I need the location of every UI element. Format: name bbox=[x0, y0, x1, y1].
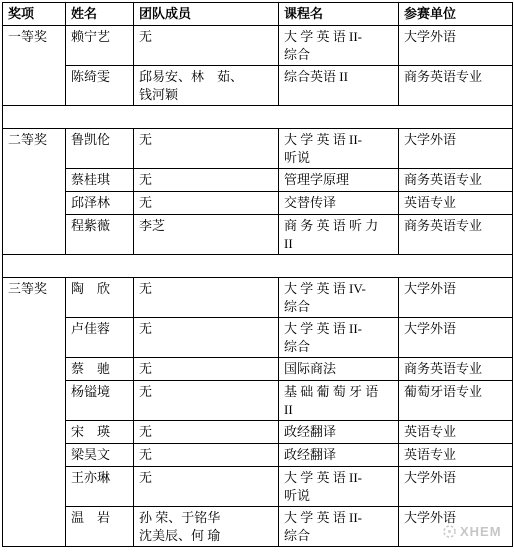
table-row: 陈绮雯 邱易安、林 茹、 钱河颖 综合英语 II 商务英语专业 bbox=[3, 66, 513, 106]
team-cell: 无 bbox=[134, 278, 279, 318]
header-cell-team: 团队成员 bbox=[134, 3, 279, 26]
course-cell: 大 学 英 语 IV- 综合 bbox=[279, 278, 399, 318]
award-cell-third: 三等奖 bbox=[3, 278, 66, 547]
course-cell: 政经翻译 bbox=[279, 444, 399, 467]
course-cell: 大 学 英 语 II- 综合 bbox=[279, 26, 399, 66]
name-cell: 温 岩 bbox=[66, 507, 134, 547]
name-cell: 程紫薇 bbox=[66, 215, 134, 255]
table-row: 卢佳蓉 无 大 学 英 语 II- 综合 大学外语 bbox=[3, 318, 513, 358]
team-cell: 无 bbox=[134, 467, 279, 507]
name-cell: 邱泽林 bbox=[66, 192, 134, 215]
unit-cell: 葡萄牙语专业 bbox=[399, 381, 513, 421]
separator-row bbox=[3, 255, 513, 278]
awards-table: 奖项 姓名 团队成员 课程名 参赛单位 一等奖 赖宁艺 无 大 学 英 语 II… bbox=[2, 2, 513, 547]
course-cell: 政经翻译 bbox=[279, 421, 399, 444]
unit-cell: 大学外语 bbox=[399, 26, 513, 66]
separator-row bbox=[3, 106, 513, 129]
course-cell: 商 务 英 语 听 力 II bbox=[279, 215, 399, 255]
unit-cell: 商务英语专业 bbox=[399, 215, 513, 255]
course-cell: 综合英语 II bbox=[279, 66, 399, 106]
team-cell: 孙 荣、于铭华 沈美辰、何 瑜 bbox=[134, 507, 279, 547]
table-row: 三等奖 陶 欣 无 大 学 英 语 IV- 综合 大学外语 bbox=[3, 278, 513, 318]
team-cell: 无 bbox=[134, 129, 279, 169]
table-row: 温 岩 孙 荣、于铭华 沈美辰、何 瑜 大 学 英 语 II- 综合 大学外语 bbox=[3, 507, 513, 547]
header-cell-course: 课程名 bbox=[279, 3, 399, 26]
team-cell: 无 bbox=[134, 358, 279, 381]
team-cell: 无 bbox=[134, 26, 279, 66]
unit-cell: 大学外语 bbox=[399, 318, 513, 358]
team-cell: 邱易安、林 茹、 钱河颖 bbox=[134, 66, 279, 106]
table-row: 宋 瑛 无 政经翻译 英语专业 bbox=[3, 421, 513, 444]
course-cell: 国际商法 bbox=[279, 358, 399, 381]
table-row: 程紫薇 李芝 商 务 英 语 听 力 II 商务英语专业 bbox=[3, 215, 513, 255]
course-cell: 大 学 英 语 II- 听说 bbox=[279, 467, 399, 507]
name-cell: 杨镒境 bbox=[66, 381, 134, 421]
unit-cell: 商务英语专业 bbox=[399, 358, 513, 381]
course-cell: 交替传译 bbox=[279, 192, 399, 215]
award-cell-first: 一等奖 bbox=[3, 26, 66, 106]
name-cell: 宋 瑛 bbox=[66, 421, 134, 444]
unit-cell: 英语专业 bbox=[399, 192, 513, 215]
table-row: 王亦琳 无 大 学 英 语 II- 听说 大学外语 bbox=[3, 467, 513, 507]
watermark: XHEM bbox=[442, 524, 502, 539]
table-row: 梁昊文 无 政经翻译 英语专业 bbox=[3, 444, 513, 467]
name-cell: 陈绮雯 bbox=[66, 66, 134, 106]
team-cell: 无 bbox=[134, 381, 279, 421]
course-cell: 管理学原理 bbox=[279, 169, 399, 192]
award-cell-second: 二等奖 bbox=[3, 129, 66, 255]
header-row: 奖项 姓名 团队成员 课程名 参赛单位 bbox=[3, 3, 513, 26]
team-cell: 无 bbox=[134, 421, 279, 444]
table-row: 蔡桂琪 无 管理学原理 商务英语专业 bbox=[3, 169, 513, 192]
unit-cell: 大学外语 bbox=[399, 129, 513, 169]
table-row: 杨镒境 无 基 础 葡 萄 牙 语 II 葡萄牙语专业 bbox=[3, 381, 513, 421]
course-cell: 基 础 葡 萄 牙 语 II bbox=[279, 381, 399, 421]
name-cell: 梁昊文 bbox=[66, 444, 134, 467]
team-cell: 无 bbox=[134, 318, 279, 358]
separator-cell bbox=[3, 106, 513, 129]
separator-cell bbox=[3, 255, 513, 278]
name-cell: 陶 欣 bbox=[66, 278, 134, 318]
page: 奖项 姓名 团队成员 课程名 参赛单位 一等奖 赖宁艺 无 大 学 英 语 II… bbox=[0, 0, 514, 553]
header-cell-award: 奖项 bbox=[3, 3, 66, 26]
course-cell: 大 学 英 语 II- 综合 bbox=[279, 318, 399, 358]
flower-logo-icon bbox=[442, 524, 457, 539]
course-cell: 大 学 英 语 II- 听说 bbox=[279, 129, 399, 169]
table-row: 邱泽林 无 交替传译 英语专业 bbox=[3, 192, 513, 215]
unit-cell: 大学外语 bbox=[399, 467, 513, 507]
unit-cell: 商务英语专业 bbox=[399, 66, 513, 106]
name-cell: 鲁凯伦 bbox=[66, 129, 134, 169]
header-cell-name: 姓名 bbox=[66, 3, 134, 26]
table-row: 蔡 驰 无 国际商法 商务英语专业 bbox=[3, 358, 513, 381]
unit-cell: 大学外语 bbox=[399, 278, 513, 318]
watermark-text: XHEM bbox=[460, 524, 502, 539]
table-row: 二等奖 鲁凯伦 无 大 学 英 语 II- 听说 大学外语 bbox=[3, 129, 513, 169]
name-cell: 王亦琳 bbox=[66, 467, 134, 507]
name-cell: 卢佳蓉 bbox=[66, 318, 134, 358]
name-cell: 蔡桂琪 bbox=[66, 169, 134, 192]
header-cell-unit: 参赛单位 bbox=[399, 3, 513, 26]
unit-cell: 商务英语专业 bbox=[399, 169, 513, 192]
name-cell: 蔡 驰 bbox=[66, 358, 134, 381]
team-cell: 无 bbox=[134, 192, 279, 215]
team-cell: 无 bbox=[134, 169, 279, 192]
unit-cell: 英语专业 bbox=[399, 421, 513, 444]
table-row: 一等奖 赖宁艺 无 大 学 英 语 II- 综合 大学外语 bbox=[3, 26, 513, 66]
team-cell: 无 bbox=[134, 444, 279, 467]
unit-cell: 英语专业 bbox=[399, 444, 513, 467]
course-cell: 大 学 英 语 II- 综合 bbox=[279, 507, 399, 547]
team-cell: 李芝 bbox=[134, 215, 279, 255]
name-cell: 赖宁艺 bbox=[66, 26, 134, 66]
